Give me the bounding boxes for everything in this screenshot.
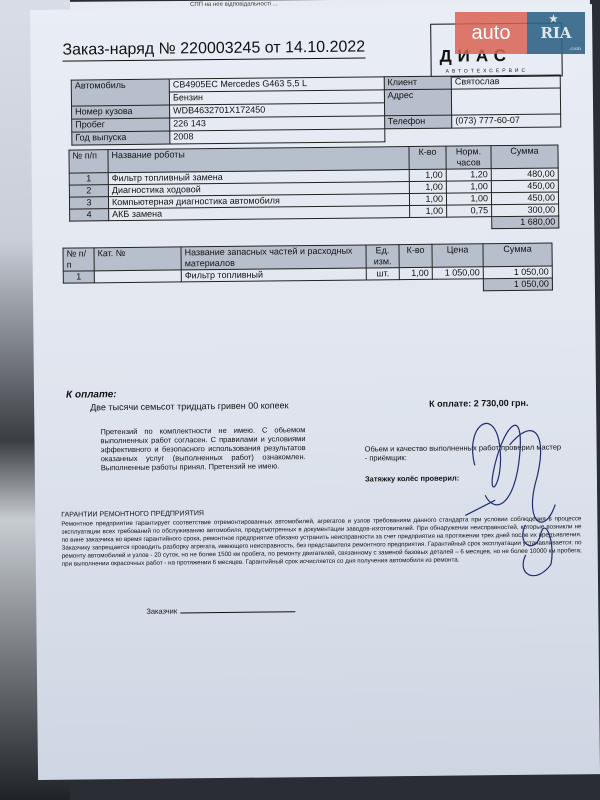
parts-header-unit: Ед. изм. bbox=[366, 245, 399, 268]
works-total: 1 680,00 bbox=[492, 216, 559, 229]
year-label: Год выпуска bbox=[72, 131, 170, 145]
star-icon: ★ bbox=[549, 14, 558, 25]
works-header-name: Название роботы bbox=[108, 147, 409, 173]
works-header-hours: Норм. часов bbox=[446, 146, 491, 169]
works-header-qty: К-во bbox=[409, 146, 446, 169]
address-label: Адрес bbox=[384, 89, 452, 116]
parts-table: № п/п Кат. № Название запасных частей и … bbox=[62, 243, 552, 296]
phone-label: Телефон bbox=[384, 115, 452, 129]
parts-header-qty: К-во bbox=[399, 244, 432, 267]
vehicle-info-table: Автомобиль CB4905EC Mercedes G463 5,5 L … bbox=[71, 74, 562, 145]
client-value: Святослав bbox=[451, 75, 560, 89]
customer-label: Заказчик bbox=[146, 606, 177, 615]
body-number-label: Номер кузова bbox=[72, 105, 170, 119]
parts-header-price: Цена bbox=[432, 244, 483, 268]
document-title: Заказ-наряд № 220003245 от 14.10.2022 bbox=[62, 38, 365, 61]
car-label: Автомобиль bbox=[71, 79, 169, 106]
parts-header-num: № п/п bbox=[63, 248, 94, 271]
parts-header-cat: Кат. № bbox=[94, 247, 181, 271]
address-value bbox=[451, 88, 560, 115]
works-header-num: № п/п bbox=[69, 150, 108, 173]
payment-label: К оплате: bbox=[66, 389, 117, 401]
year-value: 2008 bbox=[170, 129, 385, 144]
signature-line bbox=[180, 611, 295, 613]
autoria-watermark: auto ★ RIA .com bbox=[455, 12, 585, 54]
handwritten-signature bbox=[454, 404, 576, 585]
works-table: № п/п Название роботы К-во Норм. часов С… bbox=[68, 144, 559, 233]
customer-signature-field: Заказчик bbox=[146, 605, 295, 616]
client-label: Клиент bbox=[384, 76, 452, 90]
parts-header-sum: Сумма bbox=[483, 243, 552, 267]
work-order-document: Заказ-наряд № 220003245 от 14.10.2022 ДИ… bbox=[30, 4, 600, 780]
wheels-check-text: Затяжку колёс проверил: bbox=[365, 474, 459, 484]
works-header-sum: Сумма bbox=[491, 145, 558, 169]
phone-value: (073) 777-60-07 bbox=[452, 114, 561, 128]
mileage-label: Пробег bbox=[72, 118, 170, 132]
watermark-auto: auto bbox=[455, 12, 527, 54]
logo-subtitle: АВТОТЕХСЕРВИС bbox=[446, 68, 528, 75]
parts-total: 1 050,00 bbox=[483, 278, 552, 291]
warranty-title: ГАРАНТИИ РЕМОНТНОГО ПРЕДПРИЯТИЯ bbox=[61, 510, 204, 518]
claims-statement: Претензий по комплектности не имею. С об… bbox=[100, 425, 305, 472]
parts-header-name: Название запасных частей и расходных мат… bbox=[181, 245, 366, 270]
payment-words: Две тысячи семьсот тридцать гривен 00 ко… bbox=[90, 400, 289, 412]
watermark-ria: ★ RIA .com bbox=[527, 12, 585, 54]
